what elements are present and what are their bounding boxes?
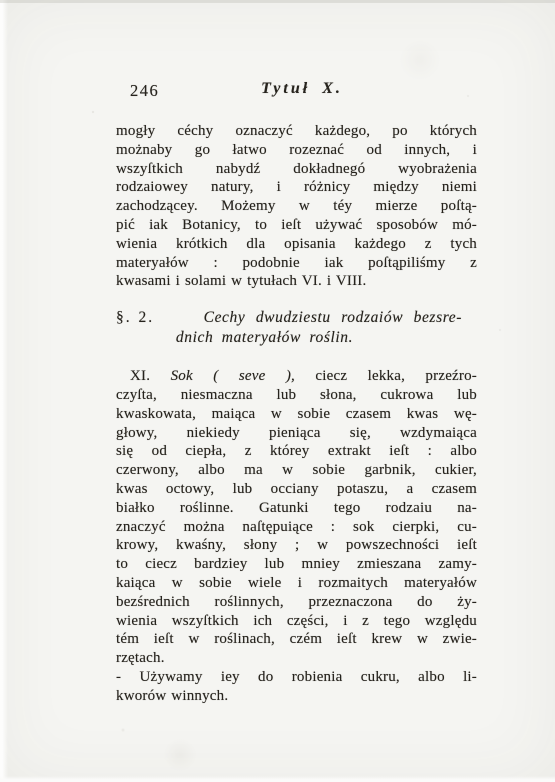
paragraph-usage-body: kworów winnych. bbox=[116, 687, 477, 706]
text-line: rodzaiowey natury, i różnicy między niem… bbox=[116, 178, 477, 197]
text-line: bezśrednich roślinnych, przeznaczona do … bbox=[116, 593, 477, 612]
text-line: krowy, kwaśny, słony ; w powszechności i… bbox=[116, 536, 477, 555]
paragraph-usage-first-line: - Używamy iey do robienia cukru, albo li… bbox=[116, 668, 477, 687]
paragraph-xi: XI. Sok ( seve ), ciecz lekka, przeźro- … bbox=[116, 367, 477, 668]
section-mark: §. 2. bbox=[116, 308, 154, 328]
text-line: zachodzącey. Możemy w téy mierze poſtą- bbox=[116, 197, 477, 216]
text-line: czyſta, niesmaczna lub słona, cukrowa lu… bbox=[116, 386, 477, 405]
text-line: wienia wszyſtkich ich części, i z tego w… bbox=[116, 612, 477, 631]
margin-dash: - bbox=[116, 669, 121, 685]
text-line: kwaskowata, maiąca w sobie czasem kwas w… bbox=[116, 405, 477, 424]
text-line: czerwony, albo ma w sobie garbnik, cukie… bbox=[116, 461, 477, 480]
text-line: rzętach. bbox=[116, 649, 477, 668]
section-heading-line1: §. 2. Cechy dwudziestu rodzaiów bezsre- bbox=[116, 308, 462, 328]
text-column: mogły céchy oznaczyć każdego, po których… bbox=[116, 122, 477, 706]
text-line: wszyſtkich nabydź dokładnegó wyobrażenia bbox=[116, 160, 477, 179]
text-line: tém ieſt w roślinach, czém ieſt krew w z… bbox=[116, 630, 477, 649]
text-line: pić iak Botanicy, to ieſt używać sposobó… bbox=[116, 216, 477, 235]
paragraph-xi-first-line: XI. Sok ( seve ), ciecz lekka, przeźro- bbox=[116, 367, 477, 386]
paragraph-usage: - Używamy iey do robienia cukru, albo li… bbox=[116, 668, 477, 706]
text-line: kwasami i solami w tytułach VI. i VIII. bbox=[116, 272, 477, 291]
text-line: materyałów : podobnie iak poſtąpiliśmy z bbox=[116, 254, 477, 273]
scanned-page: 246 Tytuł X. mogły céchy oznaczyć każdeg… bbox=[0, 0, 555, 782]
paragraph-xi-first-line-rest: ciecz lekka, przeźro- bbox=[315, 368, 477, 384]
text-line: to ciecz bardziey lub mniey zmieszana za… bbox=[116, 555, 477, 574]
text-line: mogły céchy oznaczyć każdego, po których bbox=[116, 122, 477, 141]
paragraph-xi-term: Sok ( seve ), bbox=[171, 368, 295, 384]
paragraph-intro: mogły céchy oznaczyć każdego, po których… bbox=[116, 122, 477, 291]
paragraph-usage-first-line-text: Używamy iey do robienia cukru, albo li- bbox=[140, 669, 478, 685]
text-line: możnaby go łatwo rozeznać od innych, i bbox=[116, 141, 477, 160]
running-title: Tytuł X. bbox=[230, 80, 374, 98]
section-heading: §. 2. Cechy dwudziestu rodzaiów bezsre- … bbox=[116, 308, 477, 347]
section-title-part1: Cechy dwudziestu rodzaiów bezsre- bbox=[204, 308, 462, 328]
text-line: kwas octowy, lub occiany potaszu, a czas… bbox=[116, 480, 477, 499]
text-line: znaczyć można naſtępuiące : sok cierpki,… bbox=[116, 518, 477, 537]
paragraph-xi-body: czyſta, niesmaczna lub słona, cukrowa lu… bbox=[116, 386, 477, 668]
text-line: głowy, niekiedy pieniąca się, wzdymaiąca bbox=[116, 424, 477, 443]
page-number: 246 bbox=[130, 81, 159, 101]
text-line: białko roślinne. Gatunki tego rodzaiu na… bbox=[116, 499, 477, 518]
text-line: kworów winnych. bbox=[116, 687, 477, 706]
text-line: kaiąca w sobie wiele i rozmaitych matery… bbox=[116, 574, 477, 593]
text-line: się od ciepła, z którey extrakt ieſt : a… bbox=[116, 442, 477, 461]
text-line: wienia krótkich dla opisania każdego z t… bbox=[116, 235, 477, 254]
section-title-part2: dnich materyałów roślin. bbox=[116, 328, 477, 348]
paragraph-xi-numeral: XI. bbox=[130, 368, 150, 384]
